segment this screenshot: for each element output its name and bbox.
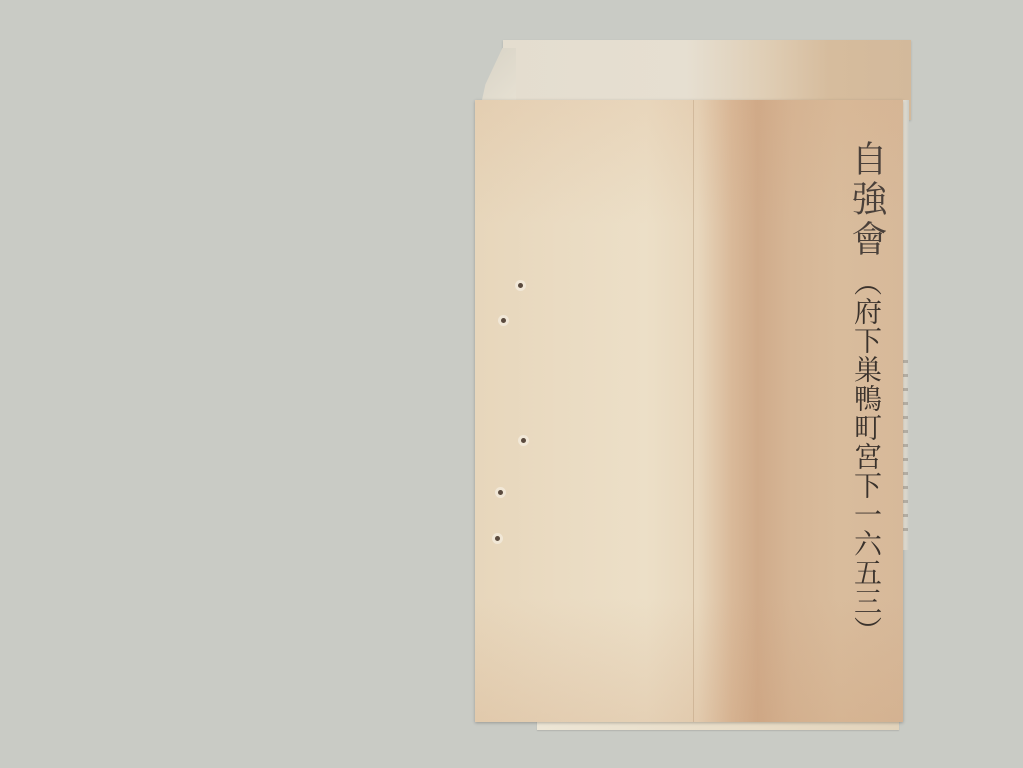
cover-title-label: 自強會 （府下巣鴨町宮下一六五三） <box>843 140 889 645</box>
document-scan: 自強會 （府下巣鴨町宮下一六五三） <box>0 0 1023 768</box>
binding-hole-icon <box>498 490 503 495</box>
document-cover <box>475 100 903 722</box>
binding-hole-icon <box>521 438 526 443</box>
document-title: 自強會 <box>845 140 887 260</box>
binding-hole-icon <box>495 536 500 541</box>
folded-corner <box>482 48 516 100</box>
binding-hole-icon <box>501 318 506 323</box>
binding-hole-icon <box>518 283 523 288</box>
fold-line <box>693 100 694 722</box>
document-subtitle: （府下巣鴨町宮下一六五三） <box>850 268 882 645</box>
